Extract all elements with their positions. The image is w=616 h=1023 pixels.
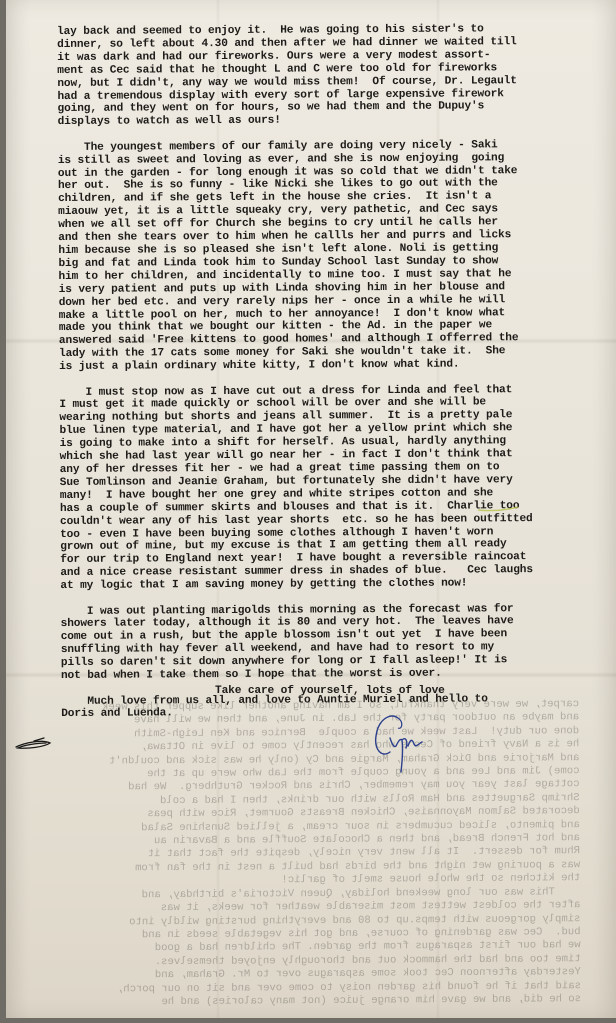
letter-paragraph: I was out planting marigolds this mornin… (61, 602, 581, 683)
highlight-mark-icon (478, 505, 518, 513)
letter-closing: Take care of yourself, lots of love (215, 685, 445, 697)
signature-icon (368, 708, 438, 778)
pen-mark-icon (14, 735, 54, 753)
letter-body: lay back and seemed to enjoy it. He was … (57, 23, 581, 734)
letter-paragraph: The youngest members of our family are d… (58, 139, 579, 374)
text-line: displays to watch as well as ours! (58, 113, 578, 129)
text-line: Doris and Luenda. (61, 705, 581, 721)
text-line: at my logic that I am saving money by ge… (60, 577, 580, 593)
letter-paragraph: I must stop now as I have cut out a dres… (59, 383, 580, 593)
text-line: is just a plain ordinary white kitty, I … (59, 358, 579, 374)
letter-paragraph: lay back and seemed to enjoy it. He was … (57, 23, 578, 129)
text-line: not bad when I take them so I hope that … (61, 667, 581, 683)
bleed-through-text: carpet, we were very thankful, so I am h… (59, 698, 581, 1010)
